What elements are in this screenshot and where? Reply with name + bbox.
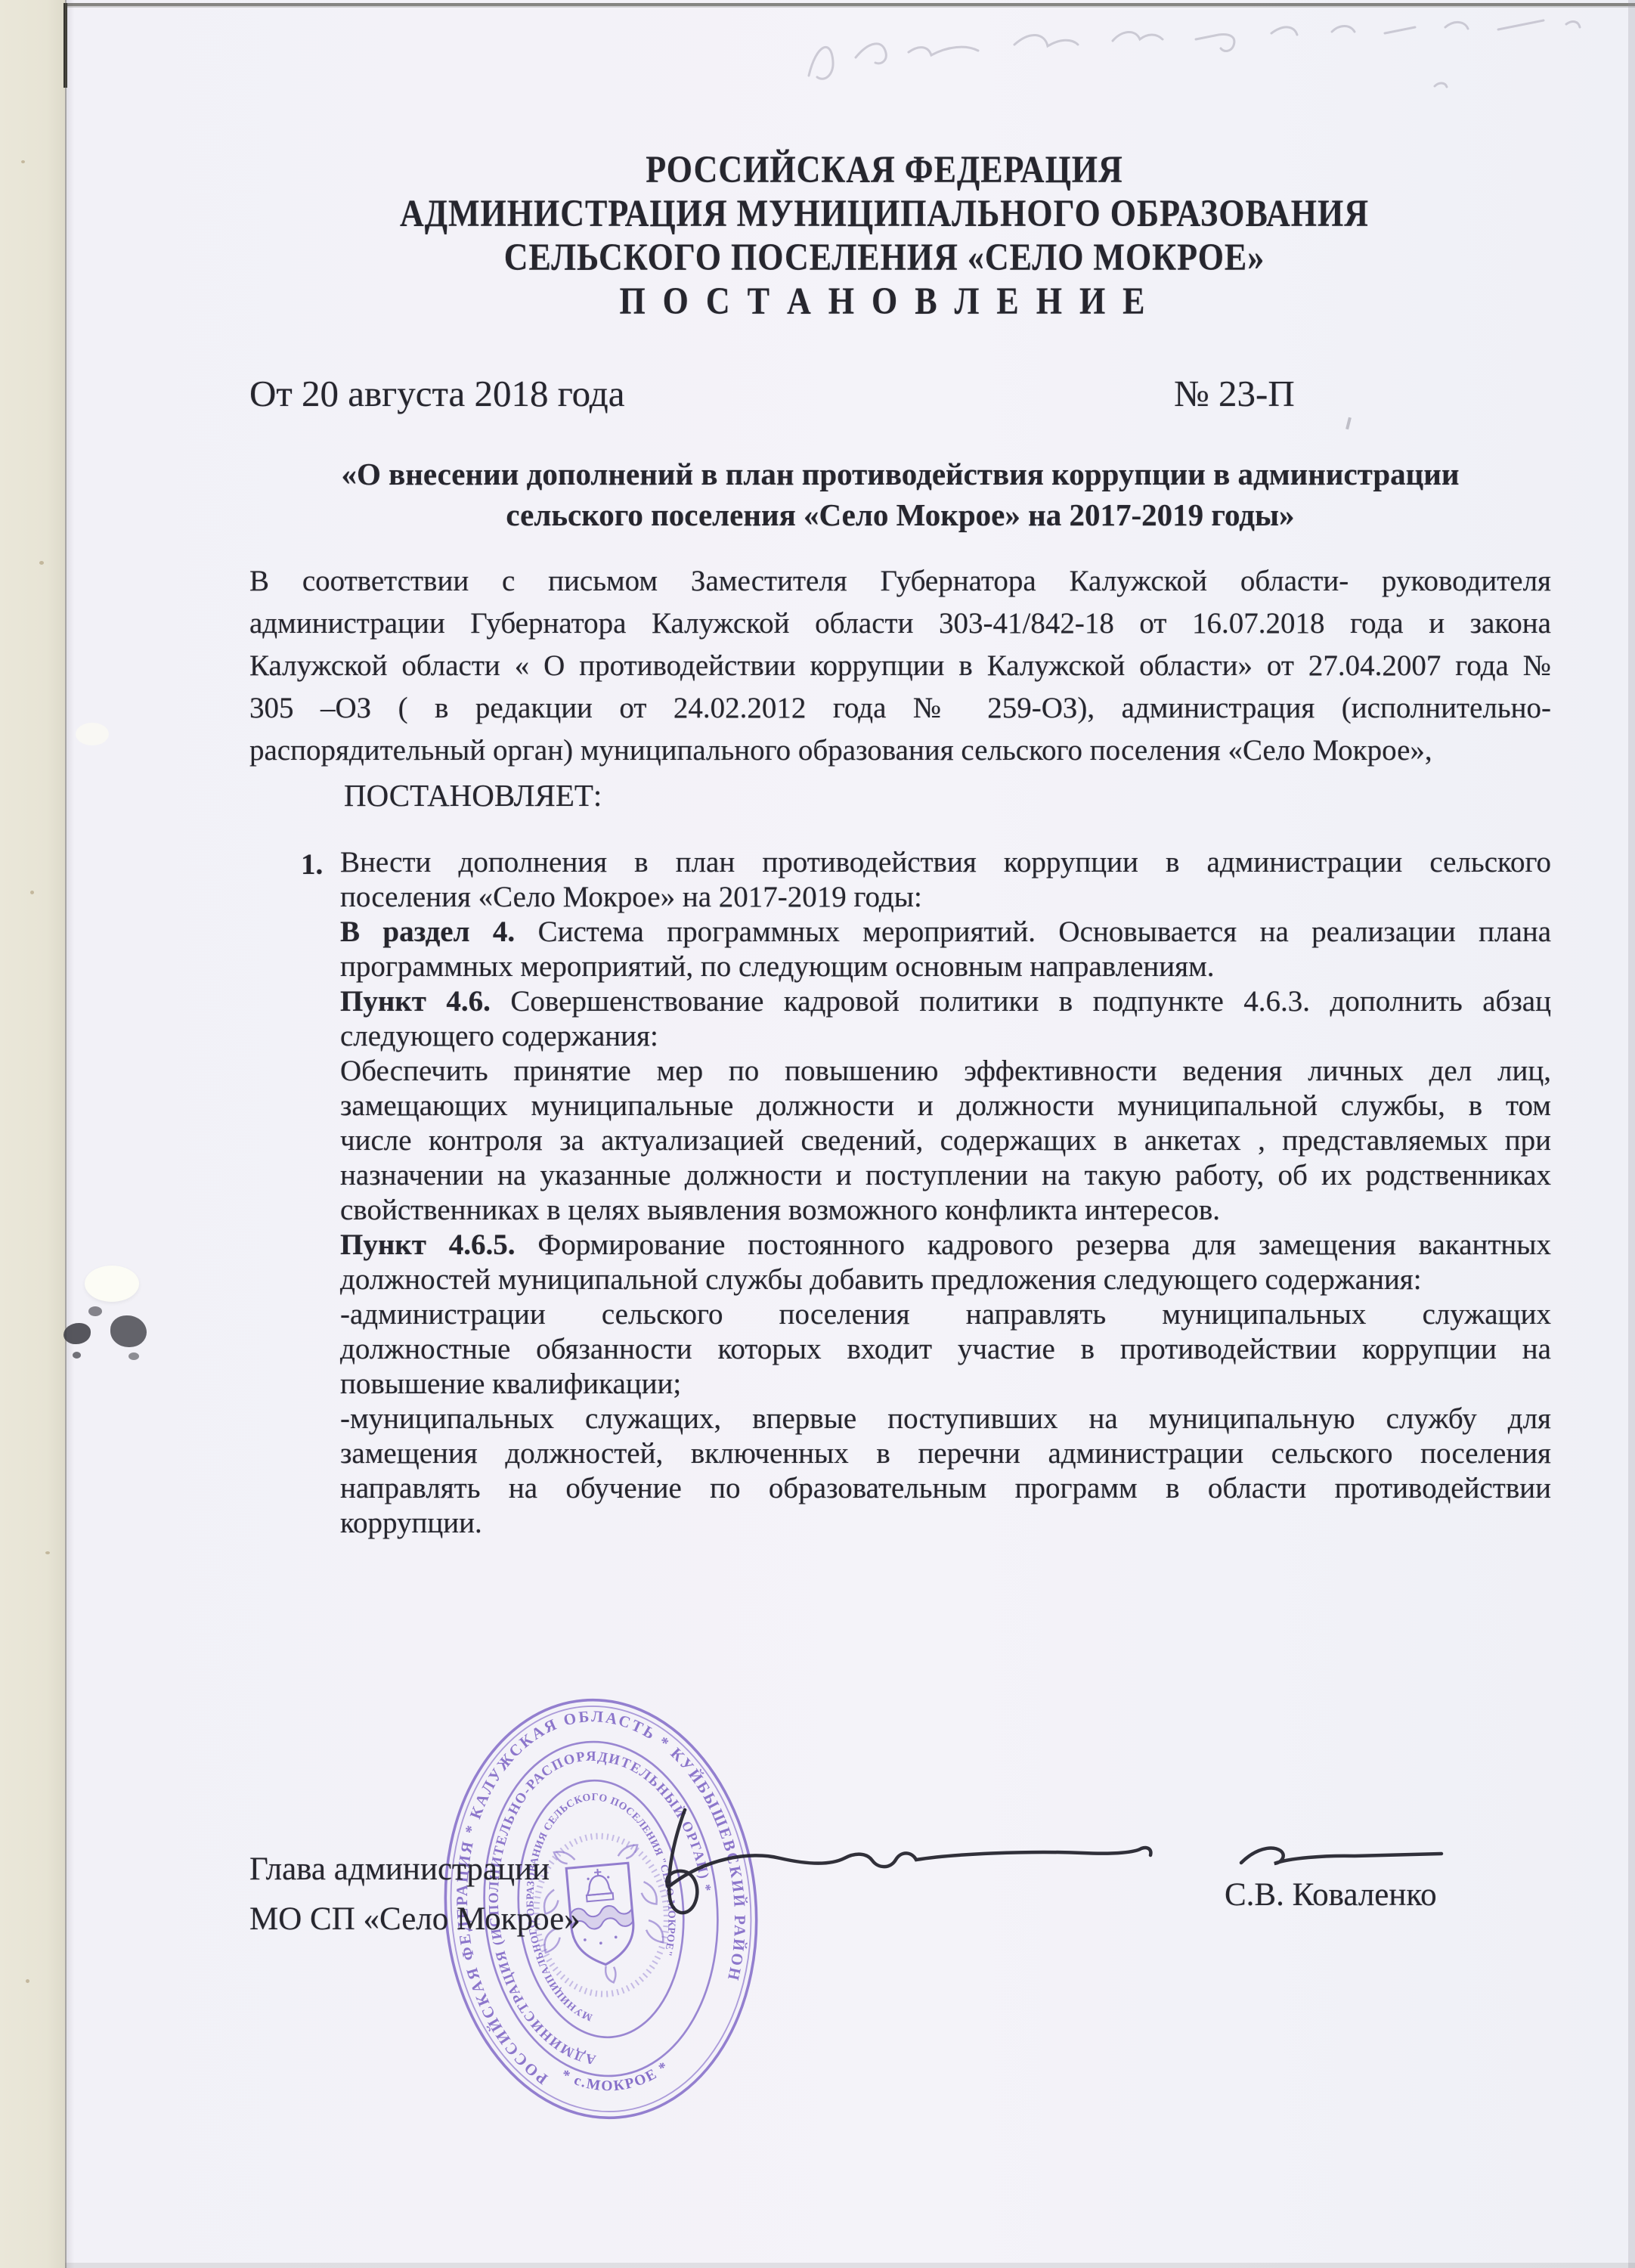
document-number: № 23-П — [1174, 372, 1295, 415]
intro-paragraph: В соответствии с письмом Заместителя Губ… — [249, 564, 1551, 776]
document-title-line-1: «О внесении дополнений в план противодей… — [249, 456, 1551, 492]
resolves-label: ПОСТАНОВЛЯЕТ: — [344, 777, 602, 813]
intro-line: распорядительный орган) муниципального о… — [249, 733, 1551, 776]
scan-bottom-edge — [65, 2263, 1635, 2268]
intro-line: 305 –ОЗ ( в редакции от 24.02.2012 года … — [249, 691, 1551, 733]
item-line-rest: числе контроля за актуализацией сведений… — [340, 1124, 1551, 1157]
item-line-rest: коррупции. — [340, 1507, 482, 1539]
ink-speck — [129, 1352, 139, 1360]
item-line-rest: Обеспечить принятие мер по повышению эфф… — [340, 1055, 1551, 1087]
signer-role-line-2: МО СП «Село Мокрое» — [249, 1901, 581, 1938]
item-line: замещающих муниципальные должности и дол… — [340, 1089, 1551, 1123]
document-date: От 20 августа 2018 года — [249, 372, 624, 415]
scanner-background-strip — [0, 0, 67, 2268]
item-line-rest: Система программных мероприятий. Основыв… — [515, 916, 1551, 948]
item-line-rest: Совершенствование кадровой политики в по… — [491, 985, 1551, 1018]
scan-fleck — [39, 561, 44, 565]
item-line: поселения «Село Мокрое» на 2017-2019 год… — [340, 880, 1551, 915]
paper-left-shadow — [67, 0, 74, 2268]
item-line: должностные обязанности которых входит у… — [340, 1332, 1551, 1367]
item-line-rest: поселения «Село Мокрое» на 2017-2019 год… — [340, 881, 922, 913]
item-line-rest: программных мероприятий, по следующим ос… — [340, 950, 1215, 983]
header-doc-type: П О С Т А Н О В Л Е Н И Е — [249, 280, 1519, 324]
intro-line: Калужской области « О противодействии ко… — [249, 649, 1551, 691]
item-line-rest: -муниципальных служащих, впервые поступи… — [340, 1402, 1551, 1435]
item-line: Обеспечить принятие мер по повышению эфф… — [340, 1054, 1551, 1089]
correction-fluid-spot-small — [76, 723, 109, 745]
item-line: числе контроля за актуализацией сведений… — [340, 1123, 1551, 1158]
item-line: Пункт 4.6.5. Формирование постоянного ка… — [340, 1228, 1551, 1263]
item-line: свойственниках в целях выявления возможн… — [340, 1193, 1551, 1228]
item-line: -муниципальных служащих, впервые поступи… — [340, 1402, 1551, 1436]
intro-line: администрации Губернатора Калужской обла… — [249, 606, 1551, 649]
item-line: направлять на обучение по образовательны… — [340, 1471, 1551, 1506]
item-line: замещения должностей, включенных в переч… — [340, 1436, 1551, 1471]
item-line: коррупции. — [340, 1506, 1551, 1541]
scan-fleck — [21, 160, 25, 163]
scan-fleck — [30, 891, 34, 894]
item-line: назначении на указанные должности и пост… — [340, 1158, 1551, 1193]
ink-speck — [110, 1315, 147, 1347]
item-line-bold: Пункт 4.6.5. — [340, 1228, 516, 1261]
scan-fleck — [26, 1979, 29, 1983]
item-line-bold: Пункт 4.6. — [340, 985, 491, 1018]
document-title-line-2: сельского поселения «Село Мокрое» на 201… — [249, 497, 1551, 533]
ink-speck — [88, 1306, 102, 1316]
item-line-rest: должностные обязанности которых входит у… — [340, 1333, 1551, 1365]
stamp-bottom-label: * с.МОКРОЕ * — [558, 2058, 674, 2099]
correction-fluid-spot-large — [85, 1266, 139, 1302]
item-line-rest: должностей муниципальной службы добавить… — [340, 1263, 1422, 1296]
svg-text:* с.МОКРОЕ *: * с.МОКРОЕ * — [558, 2058, 674, 2099]
item-line: должностей муниципальной службы добавить… — [340, 1263, 1551, 1297]
header-country: РОССИЙСКАЯ ФЕДЕРАЦИЯ — [249, 148, 1519, 192]
item-line-rest: назначении на указанные должности и пост… — [340, 1159, 1551, 1191]
item-line-rest: свойственниках в целях выявления возможн… — [340, 1194, 1220, 1226]
item-line: программных мероприятий, по следующим ос… — [340, 950, 1551, 984]
header-administration: АДМИНИСТРАЦИЯ МУНИЦИПАЛЬНОГО ОБРАЗОВАНИЯ — [249, 192, 1519, 236]
item-line-bold: В раздел 4. — [340, 916, 515, 948]
item-line-rest: Формирование постоянного кадрового резер… — [516, 1228, 1551, 1261]
handwritten-signature — [635, 1792, 1466, 1950]
item-line: Внести дополнения в план противодействия… — [340, 845, 1551, 880]
item-line-rest: замещения должностей, включенных в переч… — [340, 1437, 1551, 1470]
item-line-rest: -администрации сельского поселения напра… — [340, 1298, 1551, 1331]
item-line-rest: Внести дополнения в план противодействия… — [340, 846, 1551, 878]
item-line: -администрации сельского поселения напра… — [340, 1297, 1551, 1332]
ink-speck — [73, 1352, 81, 1359]
scan-fleck — [45, 1551, 50, 1554]
item-line: повышение квалификации; — [340, 1367, 1551, 1402]
item-line: В раздел 4. Система программных мероприя… — [340, 915, 1551, 950]
paper-top-edge-soft — [65, 6, 1635, 8]
item-line: следующего содержания: — [340, 1019, 1551, 1054]
scanned-document-page: РОССИЙСКАЯ ФЕДЕРАЦИЯ АДМИНИСТРАЦИЯ МУНИЦ… — [0, 0, 1635, 2268]
scan-right-edge — [1628, 0, 1635, 2268]
item-line: Пункт 4.6. Совершенствование кадровой по… — [340, 984, 1551, 1019]
list-item-text: Внести дополнения в план противодействия… — [340, 845, 1551, 1541]
header-settlement: СЕЛЬСКОГО ПОСЕЛЕНИЯ «СЕЛО МОКРОЕ» — [249, 236, 1519, 280]
item-line-rest: повышение квалификации; — [340, 1368, 681, 1400]
intro-line: В соответствии с письмом Заместителя Губ… — [249, 564, 1551, 606]
signer-role-line-1: Глава администрации — [249, 1851, 550, 1888]
pencil-note-illegible — [786, 9, 1602, 100]
item-line-rest: направлять на обучение по образовательны… — [340, 1472, 1551, 1504]
item-line-rest: замещающих муниципальные должности и дол… — [340, 1089, 1551, 1122]
list-item-number: 1. — [301, 847, 323, 881]
item-line-rest: следующего содержания: — [340, 1020, 658, 1052]
